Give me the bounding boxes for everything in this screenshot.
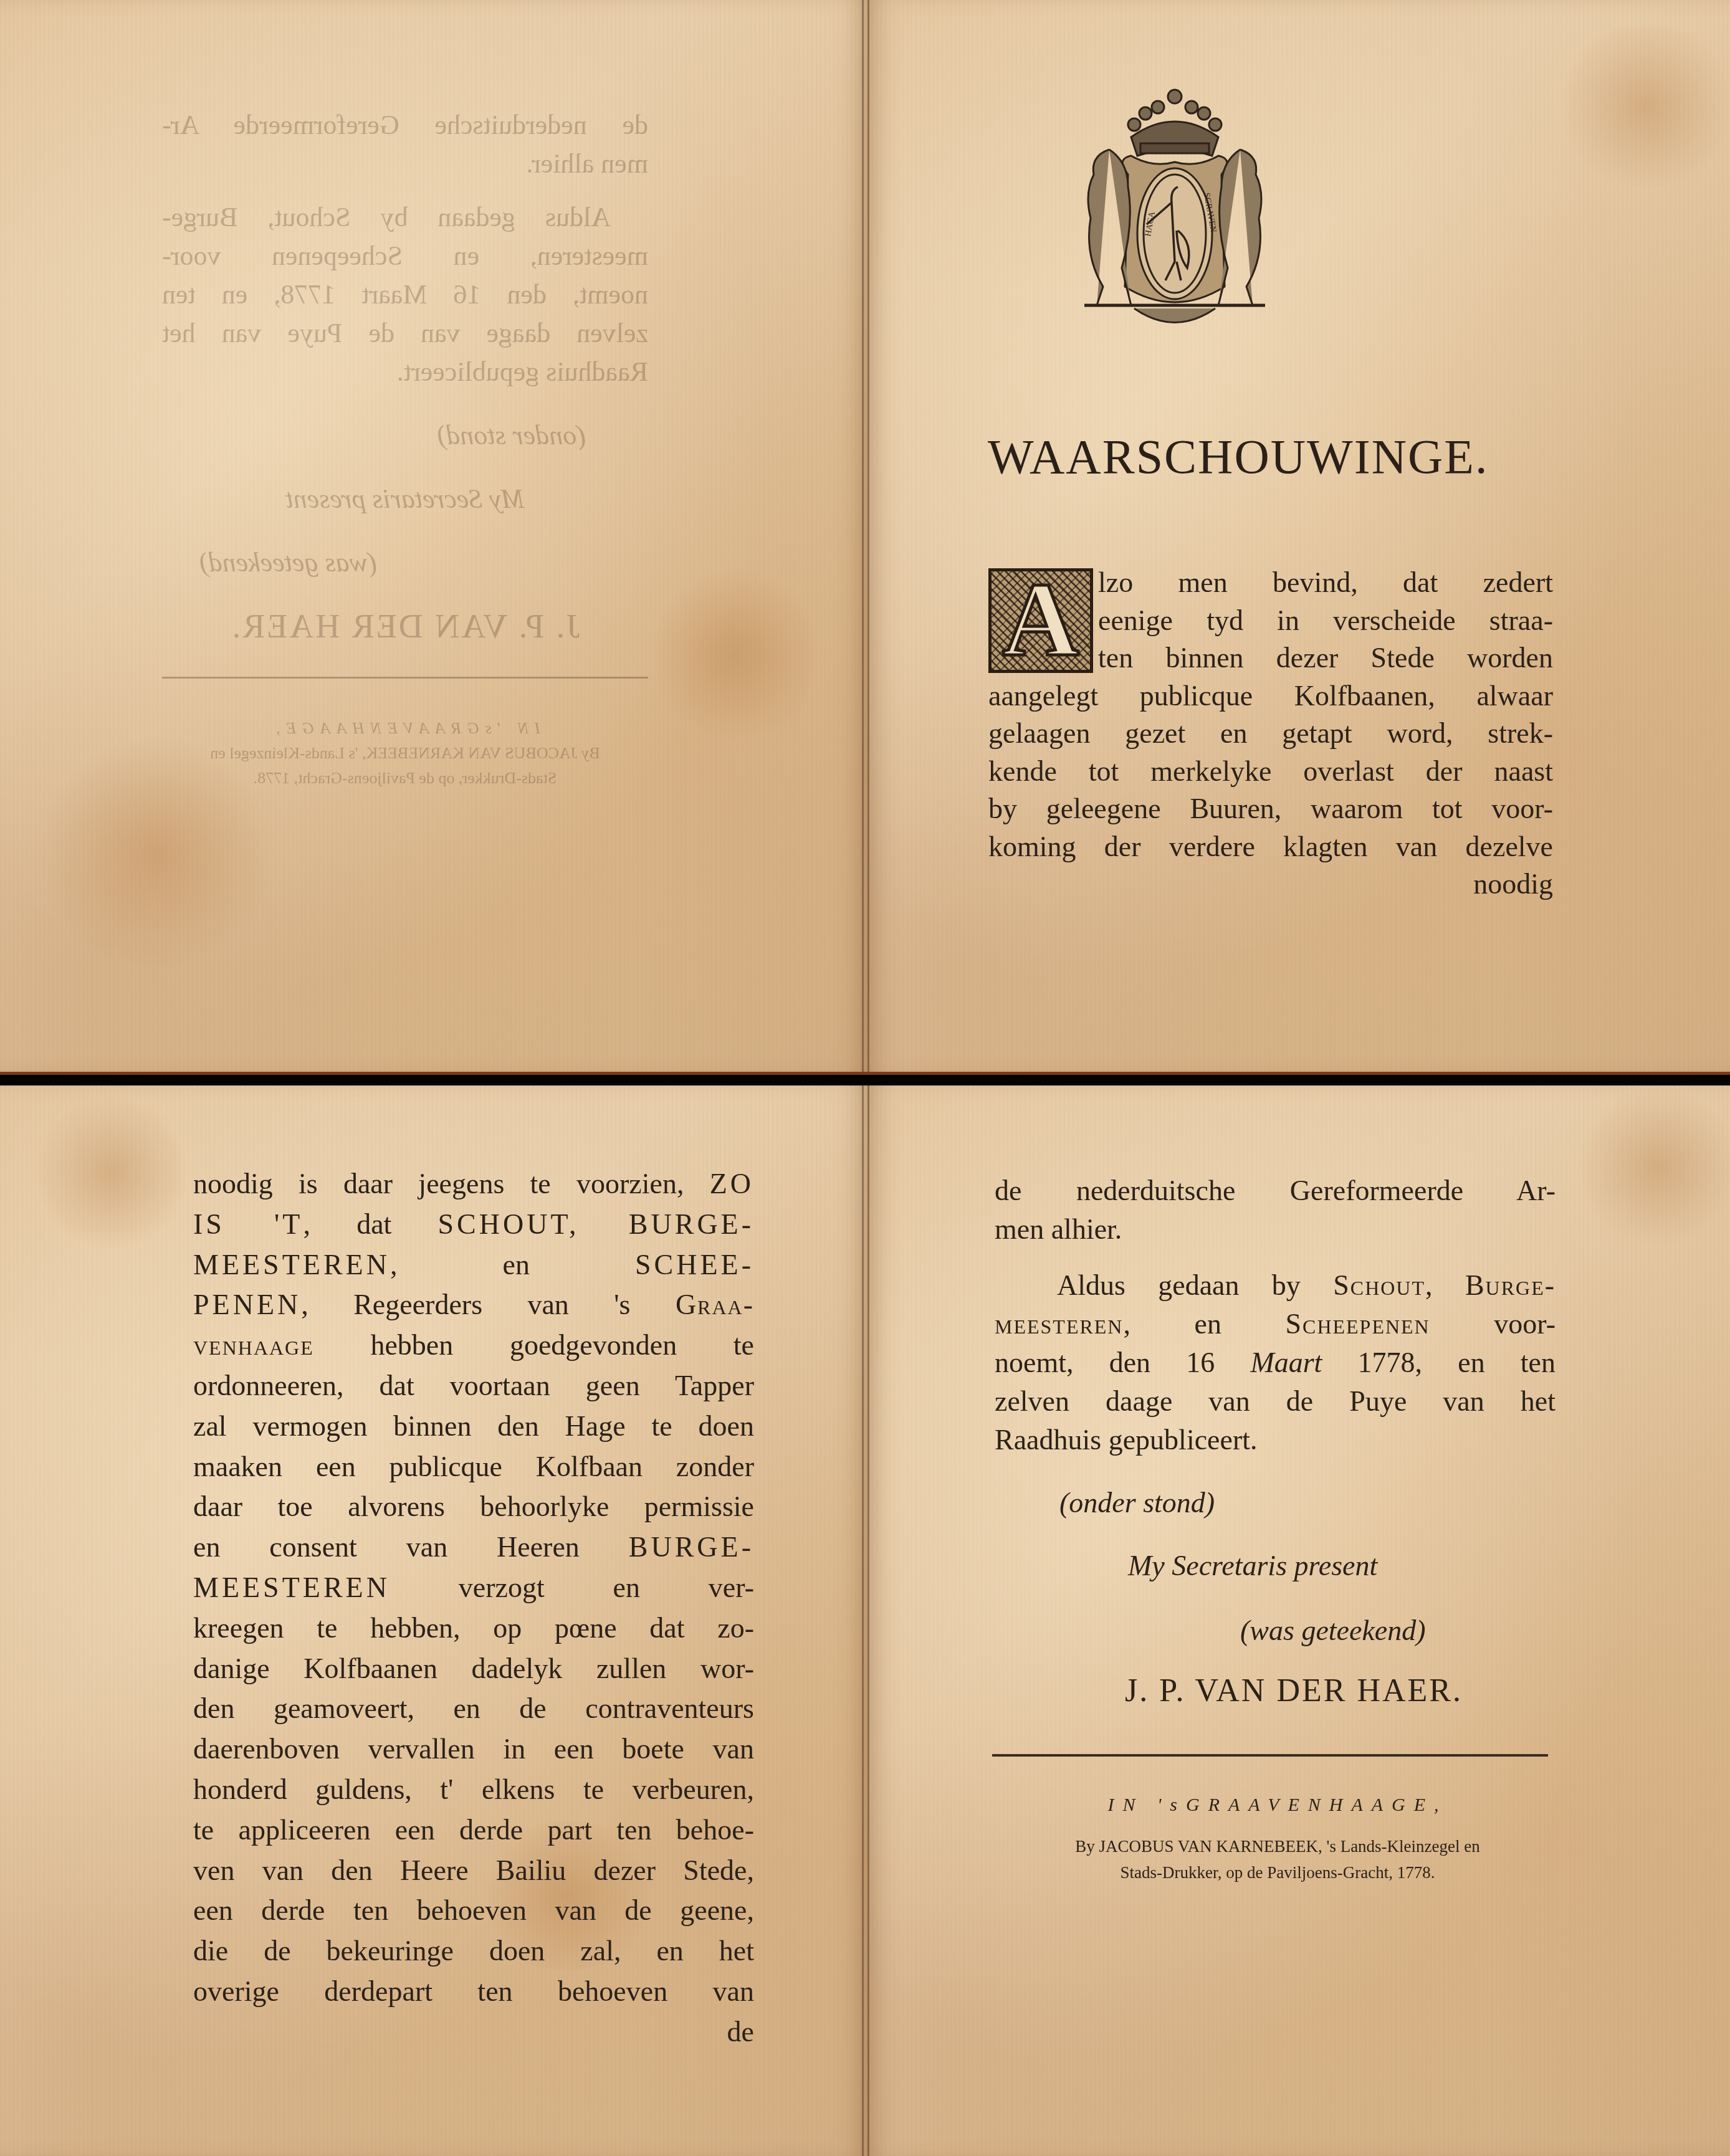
- text-line: overige derdepart ten behoeven van: [193, 1972, 754, 2012]
- text-line: aangelegt publicque Kolfbaanen, alwaar: [988, 677, 1553, 715]
- text-line: zelven daage van de Puye van het: [995, 1382, 1556, 1421]
- spread-divider: [0, 1072, 1730, 1085]
- page-fold: [862, 1085, 864, 2156]
- text-line: ven van den Heere Bailiu dezer Stede,: [193, 1851, 754, 1891]
- text: venhaage: [193, 1329, 314, 1361]
- text: SCHOUT, BURGE-: [438, 1208, 755, 1240]
- text: MEESTEREN: [193, 1572, 390, 1603]
- imprint-city: IN 'sGRAAVENHAAGE,: [972, 1795, 1583, 1816]
- text: BURGE-: [629, 1531, 754, 1563]
- ghost-line: J. P. VAN DER HAER.: [162, 607, 648, 646]
- text-line: lzo men bevind, dat zedert: [988, 564, 1553, 602]
- date-month: Maart: [1250, 1347, 1322, 1378]
- text-line: honderd guldens, t' elkens te verbeuren,: [193, 1770, 754, 1810]
- document-title: WAARSCHOUWINGE.: [988, 429, 1555, 485]
- ghost-line: Raadhuis gepubliceert.: [162, 353, 648, 391]
- text: noodig is daar jeegens te voorzien,: [193, 1168, 710, 1200]
- text: en consent van Heeren: [193, 1531, 629, 1563]
- closing-paragraph: de nederduitsche Gereformeerde Ar- men a…: [995, 1171, 1556, 1459]
- ghost-line: My Secretaris present: [162, 480, 648, 518]
- catchword: noodig: [988, 866, 1553, 904]
- text-line: men alhier.: [995, 1210, 1556, 1249]
- text: , en: [390, 1249, 635, 1281]
- page-fold: [867, 1085, 869, 2156]
- text: hebben goedgevonden te: [314, 1329, 754, 1361]
- ghost-line: By JACOBUS VAN KARNEBEEK, 's Lands-Klein…: [162, 741, 648, 766]
- water-stain: [37, 1092, 187, 1254]
- text-line: ordonneeren, dat voortaan geen Tapper: [193, 1366, 754, 1406]
- page-fold: [867, 0, 869, 1072]
- text: PENEN: [193, 1289, 301, 1320]
- secretaris-note: My Secretaris present: [1128, 1549, 1377, 1582]
- text: Scheepenen: [1285, 1308, 1430, 1340]
- ghost-line: (was geteekend): [162, 543, 648, 582]
- geteekend-note: (was geteekend): [1240, 1614, 1426, 1647]
- ghost-rule: [162, 677, 648, 679]
- text-line: koming der verdere klagten van dezelve: [988, 828, 1553, 866]
- text: , Regeerders van 's: [301, 1289, 676, 1320]
- text: verzogt en ver-: [390, 1572, 754, 1603]
- text: noemt, den 16: [995, 1347, 1250, 1378]
- text: , dat: [303, 1208, 437, 1240]
- text: Schout: [1333, 1269, 1425, 1301]
- page-fold: [862, 0, 864, 1072]
- text: , en: [1123, 1308, 1285, 1340]
- ghost-line: men alhier.: [162, 145, 648, 183]
- text: voor-: [1430, 1308, 1556, 1340]
- text: Aldus gedaan by: [1057, 1269, 1333, 1301]
- imprint-printer-line-1: By JACOBUS VAN KARNEBEEK, 's Lands-Klein…: [972, 1837, 1583, 1856]
- signatory-name: J. P. VAN DER HAER.: [1125, 1672, 1463, 1709]
- ghost-line: noemt, den 16 Maart 1778, en ten: [162, 275, 648, 314]
- text-line: gelaagen gezet en getapt word, strek-: [988, 715, 1553, 753]
- ghost-line: zelven daage van de Puye van het: [162, 314, 648, 353]
- text: meesteren: [995, 1308, 1123, 1340]
- text-line: danige Kolfbaanen dadelyk zullen wor-: [193, 1649, 754, 1689]
- water-stain: [1578, 1085, 1730, 1247]
- bleed-through-text: de nederduitsche Gereformeerde Ar- men a…: [162, 106, 648, 791]
- spacer: [995, 1249, 1556, 1266]
- imprint-printer-line-2: Stads-Drukker, op de Paviljoens-Gracht, …: [972, 1863, 1583, 1882]
- ghost-line: (onder stond): [162, 416, 648, 455]
- ghost-line: Stads-Drukker, op de Paviljoens-Gracht, …: [162, 766, 648, 791]
- top-left-page: de nederduitsche Gereformeerde Ar- men a…: [0, 0, 867, 1072]
- text-line: kende tot merkelyke overlast der naast: [988, 753, 1553, 791]
- ghost-line: meesteren, en Scheepenen voor-: [162, 237, 648, 275]
- text-line: ten binnen dezer Stede worden: [988, 639, 1553, 677]
- onder-stond-note: (onder stond): [1059, 1486, 1215, 1519]
- ordinance-paragraph: noodig is daar jeegens te voorzien, ZO I…: [193, 1164, 754, 2053]
- text-line: daerenboven vervallen in een boete van: [193, 1729, 754, 1770]
- opening-paragraph: lzo men bevind, dat zedert eenige tyd in…: [988, 564, 1553, 904]
- text-line: de nederduitsche Gereformeerde Ar-: [995, 1171, 1556, 1210]
- text-line: daar toe alvorens behoorlyke permissie: [193, 1487, 754, 1527]
- text-line: den geamoveert, en de contraventeurs: [193, 1689, 754, 1729]
- text: Graa-: [676, 1289, 754, 1320]
- water-stain: [654, 561, 816, 748]
- text: ZO: [710, 1168, 754, 1200]
- text-line: kreegen te hebben, op pœne dat zo-: [193, 1608, 754, 1649]
- text-line: te appliceeren een derde part ten behoe-: [193, 1810, 754, 1851]
- ghost-line: Aldus gedaan by Schout, Burge-: [162, 198, 648, 237]
- catchword: de: [193, 2012, 754, 2053]
- top-spread: de nederduitsche Gereformeerde Ar- men a…: [0, 0, 1730, 1072]
- text: IS 'T: [193, 1208, 303, 1240]
- text: ,: [1425, 1269, 1465, 1301]
- text-line: die de bekeuringe doen zal, en het: [193, 1931, 754, 1972]
- text-line: zal vermogen binnen den Hage te doen: [193, 1406, 754, 1447]
- imprint-rule: [992, 1754, 1548, 1757]
- ghost-line: IN 'sGRAAVENHAAGE,: [162, 716, 648, 741]
- text-line: een derde ten behoeven van de geene,: [193, 1891, 754, 1931]
- water-stain: [1553, 25, 1730, 187]
- top-right-page: [867, 0, 1730, 1072]
- text: MEESTEREN: [193, 1249, 390, 1281]
- text-line: maaken een publicque Kolfbaan zonder: [193, 1447, 754, 1487]
- text: Burge-: [1465, 1269, 1556, 1301]
- text-line: eenige tyd in verscheide straa-: [988, 602, 1553, 640]
- text: SCHEE-: [635, 1249, 754, 1281]
- text-line: Raadhuis gepubliceert.: [995, 1421, 1556, 1459]
- text: 1778, en ten: [1322, 1347, 1556, 1378]
- text-line: by geleegene Buuren, waarom tot voor-: [988, 790, 1553, 828]
- coat-of-arms-icon: HAGA SGRAVEN: [1072, 81, 1278, 336]
- ghost-line: de nederduitsche Gereformeerde Ar-: [162, 106, 648, 145]
